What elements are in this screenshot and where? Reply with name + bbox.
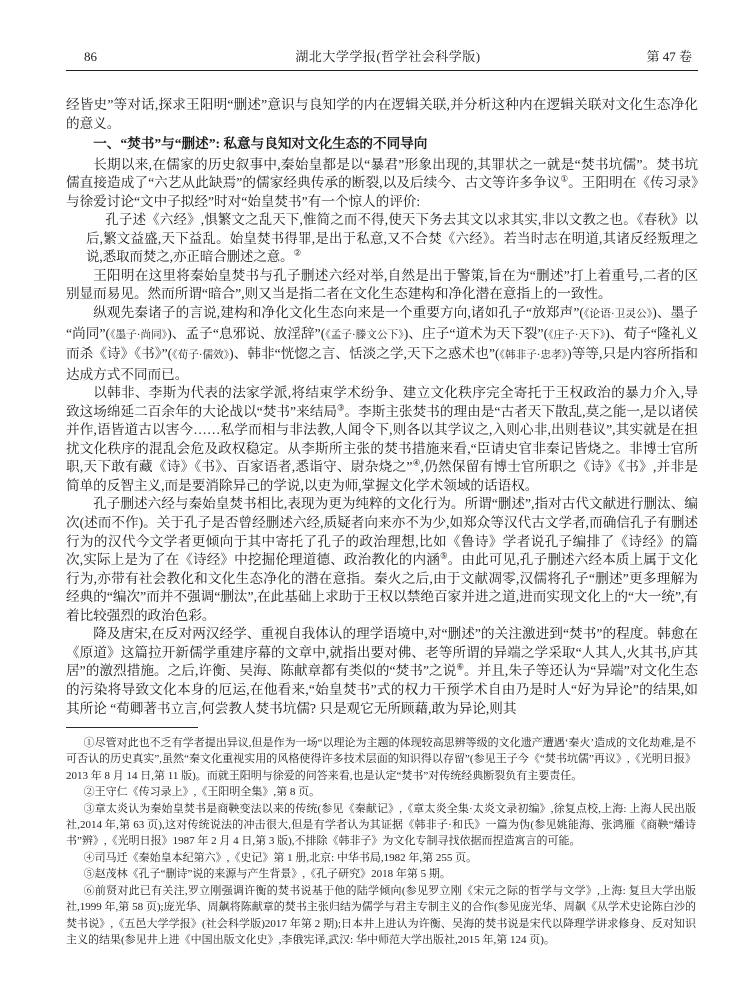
paragraph: 纵观先秦诸子的言说,建构和净化文化生态向来是一个重要方向,诸如孔子“放郑声”(《… — [66, 304, 698, 384]
text-run: )、庄子“道术为天下裂”( — [404, 326, 548, 341]
paragraph: 降及唐宋,在反对两汉经学、重视自我体认的理学语境中,对“删述”的关注激进到“焚书… — [66, 625, 698, 718]
footnote-item: ④司马迁《秦始皇本纪第六》,《史记》第 1 册,北京: 中华书局,1982 年,… — [66, 850, 696, 866]
text-run: 王阳明在这里将秦始皇焚书与孔子删述六经对举,自然是出于警策,旨在为“删述”打上着… — [66, 268, 698, 302]
footnote-ref: ③ — [337, 402, 345, 412]
text-run: 一、“焚书”与“删述”: 私意与良知对文化生态的不同导向 — [93, 136, 427, 151]
inline-citation: 《墨子·尚同》 — [110, 330, 167, 341]
article-body: 经皆史”等对话,探求王阳明“删述”意识与良知学的内在逻辑关联,并分析这种内在逻辑… — [66, 96, 698, 718]
journal-page: 86 湖北大学学报(哲学社会科学版) 第 47 卷 经皆史”等对话,探求王阳明“… — [0, 0, 750, 999]
paragraph: 长期以来,在儒家的历史叙事中,秦始皇都是以“暴君”形象出现的,其罪状之一就是“焚… — [66, 156, 698, 212]
footnote-item: ①尽管对此也不乏有学者提出异议,但是作为一场“以理论为主题的体现较高思辨等级的文… — [66, 735, 696, 784]
text-run: )、韩非“恍惚之言、恬淡之学,天下之惑术也”( — [229, 346, 499, 361]
paragraph: 王阳明在这里将秦始皇焚书与孔子删述六经对举,自然是出于警策,旨在为“删述”打上着… — [66, 267, 698, 304]
inline-citation: 《孟子·滕文公下》 — [325, 330, 404, 341]
block-quote: 孔子述《六经》,惧繁文之乱天下,惟简之而不得,使天下务去其文以求其实,非以文教之… — [86, 211, 698, 267]
footnote-item: ③章太炎认为秦始皇焚书是商鞅变法以来的传统(参见《秦献记》,《章太炎全集·太炎文… — [66, 801, 696, 850]
footnotes-list: ①尽管对此也不乏有学者提出异议,但是作为一场“以理论为主题的体现较高思辨等级的文… — [66, 735, 698, 948]
inline-citation: 《韩非子·忠孝》 — [500, 350, 568, 361]
footnote-ref: ⑤ — [440, 551, 448, 561]
journal-title: 湖北大学学报(哲学社会科学版) — [174, 46, 602, 65]
text-run: 经皆史”等对话,探求王阳明“删述”意识与良知学的内在逻辑关联,并分析这种内在逻辑… — [66, 97, 698, 131]
text-run: 孔子述《六经》,惧繁文之乱天下,惟简之而不得,使天下务去其文以求其实,非以文教之… — [86, 212, 698, 264]
text-run: 纵观先秦诸子的言说,建构和净化文化生态向来是一个重要方向,诸如孔子“放郑声”( — [93, 305, 584, 320]
volume-label: 第 47 卷 — [602, 46, 692, 65]
footnote-item: ⑥前贤对此已有关注,罗立刚强调许衡的焚书说基于他的陆学倾向(参见罗立刚《宋元之际… — [66, 883, 696, 949]
inline-citation: 《论语·卫灵公》 — [584, 309, 652, 320]
footnote-divider — [66, 727, 198, 728]
paragraph: 孔子删述六经与秦始皇焚书相比,表现为更为纯粹的文化行为。所谓“删述”,指对古代文… — [66, 495, 698, 625]
footnote-ref: ① — [560, 174, 568, 184]
text-run: )、孟子“息邪说、放淫辞”( — [167, 326, 325, 341]
paragraph: 以韩非、李斯为代表的法家学派,将结束学术纷争、建立文化秩序完全寄托于王权政治的暴… — [66, 384, 698, 495]
footnote-item: ⑤赵茂林《孔子“删诗”说的来源与产生背景》,《孔子研究》2018 年第 5 期。 — [66, 866, 696, 882]
footnote-ref: ② — [294, 249, 301, 258]
page-number: 86 — [84, 49, 174, 65]
paragraph: 经皆史”等对话,探求王阳明“删述”意识与良知学的内在逻辑关联,并分析这种内在逻辑… — [66, 96, 698, 133]
footnote-ref: ⑥ — [456, 662, 464, 672]
footnote-item: ②王守仁《传习录上》,《王阳明全集》,第 8 页。 — [66, 784, 696, 800]
page-header: 86 湖北大学学报(哲学社会科学版) 第 47 卷 — [66, 46, 698, 71]
section-heading: 一、“焚书”与“删述”: 私意与良知对文化生态的不同导向 — [66, 135, 698, 154]
inline-citation: 《庄子·天下》 — [548, 330, 605, 341]
inline-citation: 《荀子·儒效》 — [172, 350, 229, 361]
